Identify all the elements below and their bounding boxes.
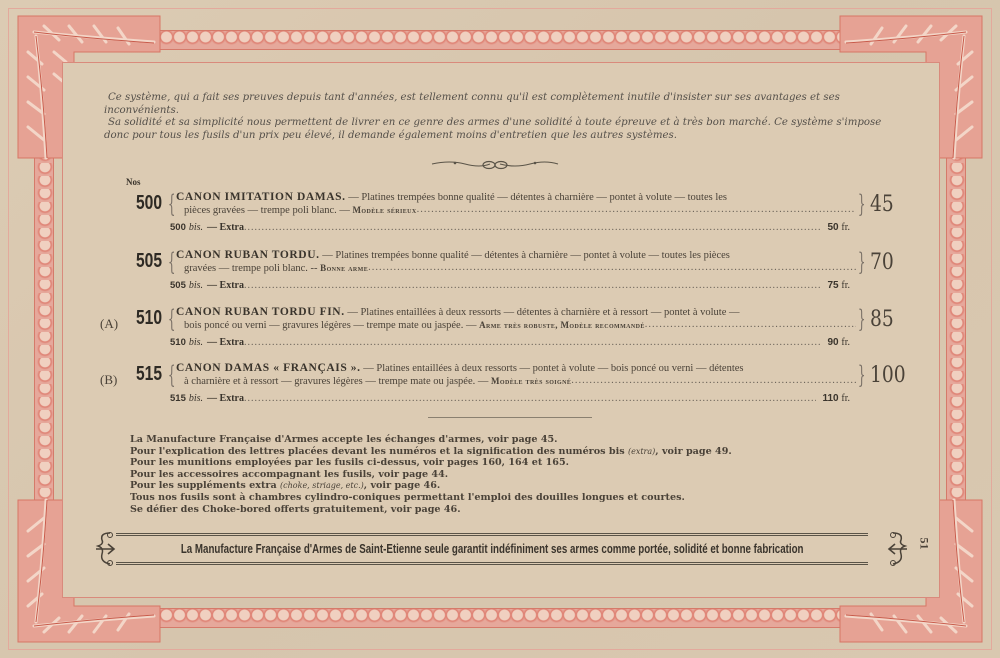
- entry-title: CANON RUBAN TORDU.: [176, 249, 320, 261]
- entry-description: CANON RUBAN TORDU. — Platines trempées b…: [176, 249, 856, 275]
- intro-paragraph-2: Sa solidité et sa simplicité nous permet…: [104, 117, 904, 142]
- entry-description: CANON IMITATION DAMAS. — Platines trempé…: [176, 191, 856, 217]
- entry-price: 100: [870, 363, 906, 388]
- extra-price: 90: [827, 337, 838, 348]
- leader-dots: [244, 280, 822, 291]
- entry-letter: (A): [100, 316, 118, 332]
- left-brace-icon: {: [168, 191, 176, 217]
- extra-bis: bis.: [189, 337, 203, 348]
- fleuron-ornament-icon: [885, 530, 911, 568]
- border-band-bottom: [160, 608, 840, 628]
- leader-dots: [571, 375, 856, 388]
- entry-desc-line2: à charnière et à ressort — gravures légè…: [184, 376, 491, 387]
- entry-grade: Bonne arme: [320, 263, 368, 273]
- left-brace-icon: {: [168, 249, 176, 275]
- right-brace-icon: }: [858, 362, 866, 388]
- extra-code: 515: [170, 393, 186, 404]
- entry-title: CANON RUBAN TORDU FIN.: [176, 306, 345, 318]
- entry-number: 505: [135, 250, 162, 273]
- extra-bis: bis.: [189, 280, 203, 291]
- right-brace-icon: }: [858, 191, 866, 217]
- leader-dots: [368, 262, 856, 275]
- right-brace-icon: }: [858, 249, 866, 275]
- intro-text: Ce système, qui a fait ses preuves depui…: [104, 92, 904, 142]
- catalog-page: Ce système, qui a fait ses preuves depui…: [0, 0, 1000, 658]
- extra-code: 505: [170, 280, 186, 291]
- border-band-top: [160, 30, 840, 50]
- currency: fr.: [841, 393, 850, 404]
- leader-dots: [645, 319, 856, 332]
- entry-desc-line1: — Platines trempées bonne qualité — déte…: [320, 250, 730, 261]
- intro-paragraph-1: Ce système, qui a fait ses preuves depui…: [104, 92, 904, 117]
- left-brace-icon: {: [168, 362, 176, 388]
- guarantee-banner: La Manufacture Française d'Armes de Sain…: [116, 533, 868, 565]
- left-brace-icon: {: [168, 306, 176, 332]
- number-column-header: Nos: [126, 177, 141, 187]
- entry-desc-line1: — Platines trempées bonne qualité — déte…: [346, 192, 727, 203]
- entry-extra-row: 510 bis. — Extra 90 fr.: [170, 337, 850, 348]
- currency: fr.: [841, 222, 850, 233]
- extra-label: — Extra: [207, 393, 244, 404]
- entry-extra-row: 505 bis. — Extra 75 fr.: [170, 280, 850, 291]
- entry-price: 45: [870, 192, 894, 217]
- note-line: Se défier des Choke-bored offerts gratui…: [130, 504, 850, 516]
- entry-grade: Arme très robuste, Modèle recommandé: [479, 320, 645, 330]
- currency: fr.: [841, 280, 850, 291]
- entry-extra-row: 500 bis. — Extra 50 fr.: [170, 222, 850, 233]
- extra-label: — Extra: [207, 280, 244, 291]
- entry-number: 515: [135, 363, 162, 386]
- entry-price: 85: [870, 307, 894, 332]
- note-line: Pour les munitions employées par les fus…: [130, 457, 850, 469]
- note-line: Tous nos fusils sont à chambres cylindro…: [130, 492, 850, 504]
- border-band-left: [34, 150, 54, 508]
- leader-dots: [244, 222, 822, 233]
- extra-code: 510: [170, 337, 186, 348]
- leader-dots: [244, 393, 816, 404]
- catalog-entry: 500 { CANON IMITATION DAMAS. — Platines …: [96, 188, 916, 243]
- border-band-right: [946, 150, 966, 508]
- entry-description: CANON RUBAN TORDU FIN. — Platines entail…: [176, 306, 856, 332]
- leader-dots: [244, 337, 822, 348]
- note-line: Pour les suppléments extra (choke, stria…: [130, 480, 850, 492]
- entry-number: 500: [135, 192, 162, 215]
- page-number: 51: [917, 538, 932, 550]
- extra-price: 75: [827, 280, 838, 291]
- catalog-entry: 505 { CANON RUBAN TORDU. — Platines trem…: [96, 246, 916, 301]
- entry-number: 510: [135, 307, 162, 330]
- entry-desc-line2: gravées — trempe poli blanc. --: [184, 263, 320, 274]
- extra-label: — Extra: [207, 222, 244, 233]
- catalog-entry: (A) 510 { CANON RUBAN TORDU FIN. — Plati…: [96, 303, 916, 358]
- entry-desc-line1: — Platines entaillées à deux ressorts — …: [345, 307, 740, 318]
- currency: fr.: [841, 337, 850, 348]
- entry-desc-line2: pièces gravées — trempe poli blanc. —: [184, 205, 353, 216]
- banner-text: La Manufacture Française d'Armes de Sain…: [181, 542, 804, 556]
- extra-bis: bis.: [189, 393, 203, 404]
- note-line: Pour l'explication des lettres placées d…: [130, 446, 850, 458]
- leader-dots: [417, 204, 856, 217]
- entry-price: 70: [870, 250, 894, 275]
- entry-title: CANON DAMAS « FRANÇAIS ».: [176, 362, 361, 374]
- notes-block: La Manufacture Française d'Armes accepte…: [130, 434, 850, 515]
- catalog-entry: (B) 515 { CANON DAMAS « FRANÇAIS ». — Pl…: [96, 359, 916, 414]
- entry-desc-line1: — Platines entaillées à deux ressorts — …: [361, 363, 744, 374]
- extra-bis: bis.: [189, 222, 203, 233]
- entry-desc-line2: bois poncé ou verni — gravures légères —…: [184, 320, 479, 331]
- entry-description: CANON DAMAS « FRANÇAIS ». — Platines ent…: [176, 362, 856, 388]
- extra-price: 110: [822, 393, 838, 404]
- entry-extra-row: 515 bis. — Extra 110 fr.: [170, 393, 850, 404]
- note-line: La Manufacture Française d'Armes accepte…: [130, 434, 850, 446]
- extra-label: — Extra: [207, 337, 244, 348]
- note-line: Pour les accessoires accompagnant les fu…: [130, 469, 850, 481]
- entry-letter: (B): [100, 372, 117, 388]
- fleuron-ornament-icon: [92, 530, 118, 568]
- entry-title: CANON IMITATION DAMAS.: [176, 191, 346, 203]
- flourish-divider-icon: [430, 157, 560, 171]
- extra-price: 50: [827, 222, 838, 233]
- right-brace-icon: }: [858, 306, 866, 332]
- entry-grade: Modèle très soigné: [491, 376, 571, 386]
- entry-grade: Modèle sérieux: [353, 205, 417, 215]
- section-divider: [428, 417, 592, 418]
- extra-code: 500: [170, 222, 186, 233]
